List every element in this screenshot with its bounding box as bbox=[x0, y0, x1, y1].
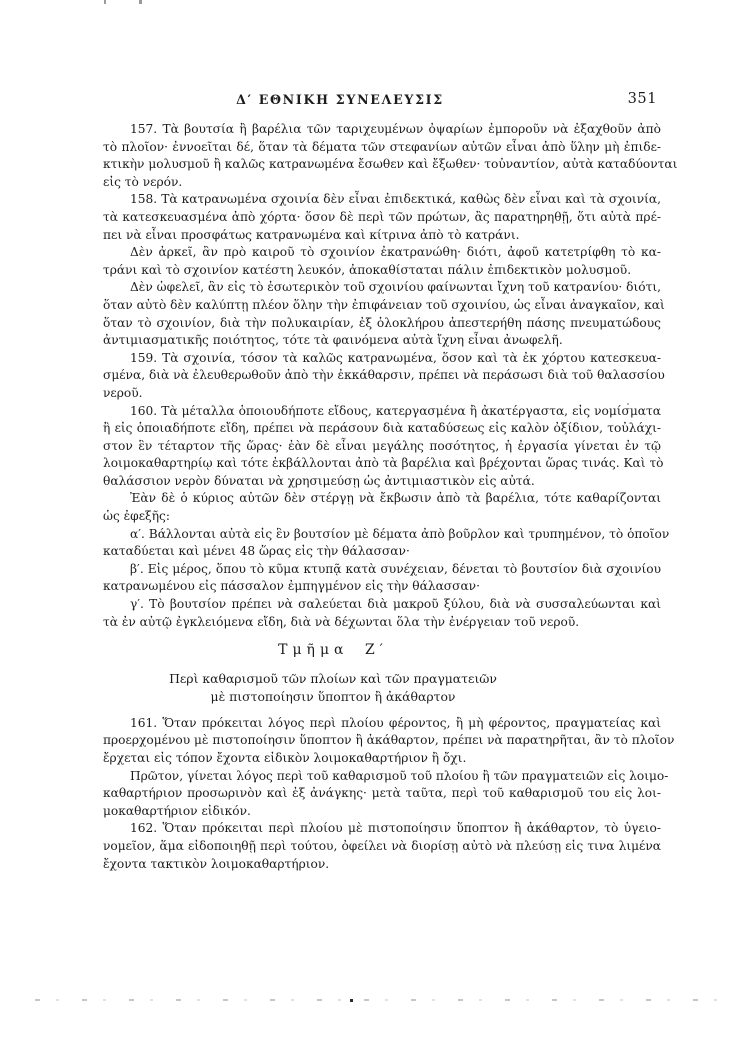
text-line: 157. Τὰ βουτσία ἢ βαρέλια τῶν ταριχευμέν… bbox=[103, 121, 661, 139]
paragraph: Δὲν ἀρκεῖ, ἂν πρὸ καιροῦ τὸ σχοινίον ἐκα… bbox=[103, 244, 661, 279]
section-block: Τμῆμα Ζ′ Περὶ καθαρισμοῦ τῶν πλοίων καὶ … bbox=[103, 642, 563, 707]
page-header: Δ′ ΕΘΝΙΚΗ ΣΥΝΕΛΕΥΣΙΣ 351 bbox=[103, 90, 661, 112]
text-line: Περὶ καθαρισμοῦ τῶν πλοίων καὶ τῶν πραγμ… bbox=[103, 670, 563, 689]
text-line: νομεῖον, ἅμα εἰδοποιηθῇ περὶ τούτου, ὀφε… bbox=[103, 838, 661, 856]
text-line: τράνι καὶ τὸ σχοινίον κατέστη λευκόν, ἀπ… bbox=[103, 262, 661, 280]
section-heading: Τμῆμα Ζ′ bbox=[103, 642, 563, 660]
text-line: 158. Τὰ κατρανωμένα σχοινία δὲν εἶναι ἐπ… bbox=[103, 191, 661, 209]
text-line: τὰ ἐν αὐτῷ ἐγκλειόμενα εἴδη, διὰ νὰ δέχω… bbox=[103, 614, 661, 632]
text-line: προερχομένου μὲ πιστοποίησιν ὕποπτον ἢ ἀ… bbox=[103, 732, 661, 750]
paragraph: γ′. Τὸ βουτσίον πρέπει νὰ σαλεύεται διὰ … bbox=[103, 596, 661, 631]
paragraph: α′. Βάλλονται αὐτὰ εἰς ἓν βουτσίον μὲ δέ… bbox=[103, 526, 661, 561]
text-line: Δὲν ὠφελεῖ, ἂν εἰς τὸ ἐσωτερικὸν τοῦ σχο… bbox=[103, 279, 661, 297]
text-line: ἢ εἰς ὁποιαδήποτε εἴδη, πρέπει νὰ περάσο… bbox=[103, 420, 661, 438]
text-line: ἔχοντα τακτικὸν λοιμοκαθαρτήριον. bbox=[103, 856, 661, 874]
text-line: μὲ πιστοποίησιν ὕποπτον ἢ ἀκάθαρτον bbox=[103, 688, 563, 707]
paragraphs-bottom: 161. Ὅταν πρόκειται λόγος περὶ πλοίου φέ… bbox=[103, 715, 661, 873]
text-line: λοιμοκαθαρτηρίῳ καὶ τότε ἐκβάλλονται ἀπὸ… bbox=[103, 455, 661, 473]
text-line: μοκαθαρτήριον εἰδικόν. bbox=[103, 803, 661, 821]
paragraph: Δὲν ὠφελεῖ, ἂν εἰς τὸ ἐσωτερικὸν τοῦ σχο… bbox=[103, 279, 661, 349]
text-line: 159. Τὰ σχοινία, τόσον τὰ καλῶς κατρανωμ… bbox=[103, 350, 661, 368]
text-line: σμένα, διὰ νὰ ἐλευθερωθοῦν ἀπὸ τὴν ἐκκάθ… bbox=[103, 367, 661, 385]
text-line: 162. Ὅταν πρόκειται περὶ πλοίου μὲ πιστο… bbox=[103, 820, 661, 838]
text-column: 157. Τὰ βουτσία ἢ βαρέλια τῶν ταριχευμέν… bbox=[103, 121, 661, 873]
text-line: κτικὴν μολυσμοῦ ἢ καλῶς κατρανωμένα ἔσωθ… bbox=[103, 156, 661, 174]
text-line: β′. Εἰς μέρος, ὅπου τὸ κῦμα κτυπᾷ κατὰ σ… bbox=[103, 561, 661, 579]
paragraphs-top: 157. Τὰ βουτσία ἢ βαρέλια τῶν ταριχευμέν… bbox=[103, 121, 661, 631]
section-subtitle: Περὶ καθαρισμοῦ τῶν πλοίων καὶ τῶν πραγμ… bbox=[103, 670, 563, 707]
paragraph: 159. Τὰ σχοινία, τόσον τὰ καλῶς κατρανωμ… bbox=[103, 350, 661, 403]
paragraph: 162. Ὅταν πρόκειται περὶ πλοίου μὲ πιστο… bbox=[103, 820, 661, 873]
text-line: ὅταν αὐτὸ δὲν καλύπτῃ πλέον ὅλην τὴν ἐπι… bbox=[103, 297, 661, 315]
text-line: στον ἓν τέταρτον τῆς ὥρας· ἐὰν δὲ εἶναι … bbox=[103, 438, 661, 456]
paragraph: Πρῶτον, γίνεται λόγος περὶ τοῦ καθαρισμο… bbox=[103, 768, 661, 821]
text-line: τὰ κατεσκευασμένα ἀπὸ χόρτα· ὅσον δὲ περ… bbox=[103, 209, 661, 227]
text-line: α′. Βάλλονται αὐτὰ εἰς ἓν βουτσίον μὲ δέ… bbox=[103, 526, 661, 544]
text-line: Πρῶτον, γίνεται λόγος περὶ τοῦ καθαρισμο… bbox=[103, 768, 661, 786]
scanned-book-page: Δ′ ΕΘΝΙΚΗ ΣΥΝΕΛΕΥΣΙΣ 351 157. Τὰ βουτσία… bbox=[0, 0, 744, 1052]
text-line: ὅταν τὸ σχοινίον, διὰ τὴν πολυκαιρίαν, ἐ… bbox=[103, 315, 661, 333]
paragraph: β′. Εἰς μέρος, ὅπου τὸ κῦμα κτυπᾷ κατὰ σ… bbox=[103, 561, 661, 596]
text-line: ἀντιμιασματικῆς ποιότητος, τότε τὰ φαινό… bbox=[103, 332, 661, 350]
text-line: Ἐὰν δὲ ὁ κύριος αὐτῶν δὲν στέργῃ νὰ ἔκβω… bbox=[103, 490, 661, 508]
text-line: 160. Τὰ μέταλλα ὁποιουδήποτε εἴδους, κατ… bbox=[103, 403, 661, 421]
paragraph: 157. Τὰ βουτσία ἢ βαρέλια τῶν ταριχευμέν… bbox=[103, 121, 661, 191]
text-line: καταδύεται καὶ μένει 48 ὥρας εἰς τὴν θάλ… bbox=[103, 543, 661, 561]
paragraph: Ἐὰν δὲ ὁ κύριος αὐτῶν δὲν στέργῃ νὰ ἔκβω… bbox=[103, 490, 661, 525]
text-line: νεροῦ. bbox=[103, 385, 661, 403]
scan-speck bbox=[350, 999, 353, 1002]
scan-speck bbox=[104, 0, 106, 4]
text-line: εἰς τὸ νερόν. bbox=[103, 174, 661, 192]
text-line: 161. Ὅταν πρόκειται λόγος περὶ πλοίου φέ… bbox=[103, 715, 661, 733]
text-line: θαλάσσιον νερὸν δύναται νὰ χρησιμεύσῃ ὡς… bbox=[103, 473, 661, 491]
text-line: καθαρτήριον προσωρινὸν καὶ ἐξ ἀνάγκης· μ… bbox=[103, 785, 661, 803]
text-line: ὡς ἐφεξῆς: bbox=[103, 508, 661, 526]
scan-artifact-row bbox=[35, 999, 720, 1001]
page-number: 351 bbox=[628, 90, 657, 107]
paragraph: 160. Τὰ μέταλλα ὁποιουδήποτε εἴδους, κατ… bbox=[103, 403, 661, 491]
text-line: γ′. Τὸ βουτσίον πρέπει νὰ σαλεύεται διὰ … bbox=[103, 596, 661, 614]
text-line: κατρανωμένου εἰς πάσσαλον ἐμπηγμένον εἰς… bbox=[103, 578, 661, 596]
running-header-title: Δ′ ΕΘΝΙΚΗ ΣΥΝΕΛΕΥΣΙΣ bbox=[103, 92, 577, 107]
text-line: ἔρχεται εἰς τόπον ἔχοντα εἰδικὸν λοιμοκα… bbox=[103, 750, 661, 768]
text-line: πει νὰ εἶναι προσφάτως κατρανωμένα καὶ κ… bbox=[103, 227, 661, 245]
text-line: Δὲν ἀρκεῖ, ἂν πρὸ καιροῦ τὸ σχοινίον ἐκα… bbox=[103, 244, 661, 262]
paragraph: 158. Τὰ κατρανωμένα σχοινία δὲν εἶναι ἐπ… bbox=[103, 191, 661, 244]
scan-speck bbox=[139, 0, 142, 4]
paragraph: 161. Ὅταν πρόκειται λόγος περὶ πλοίου φέ… bbox=[103, 715, 661, 768]
text-line: τὸ πλοῖον· ἐννοεῖται δέ, ὅταν τὰ δέματα … bbox=[103, 139, 661, 157]
